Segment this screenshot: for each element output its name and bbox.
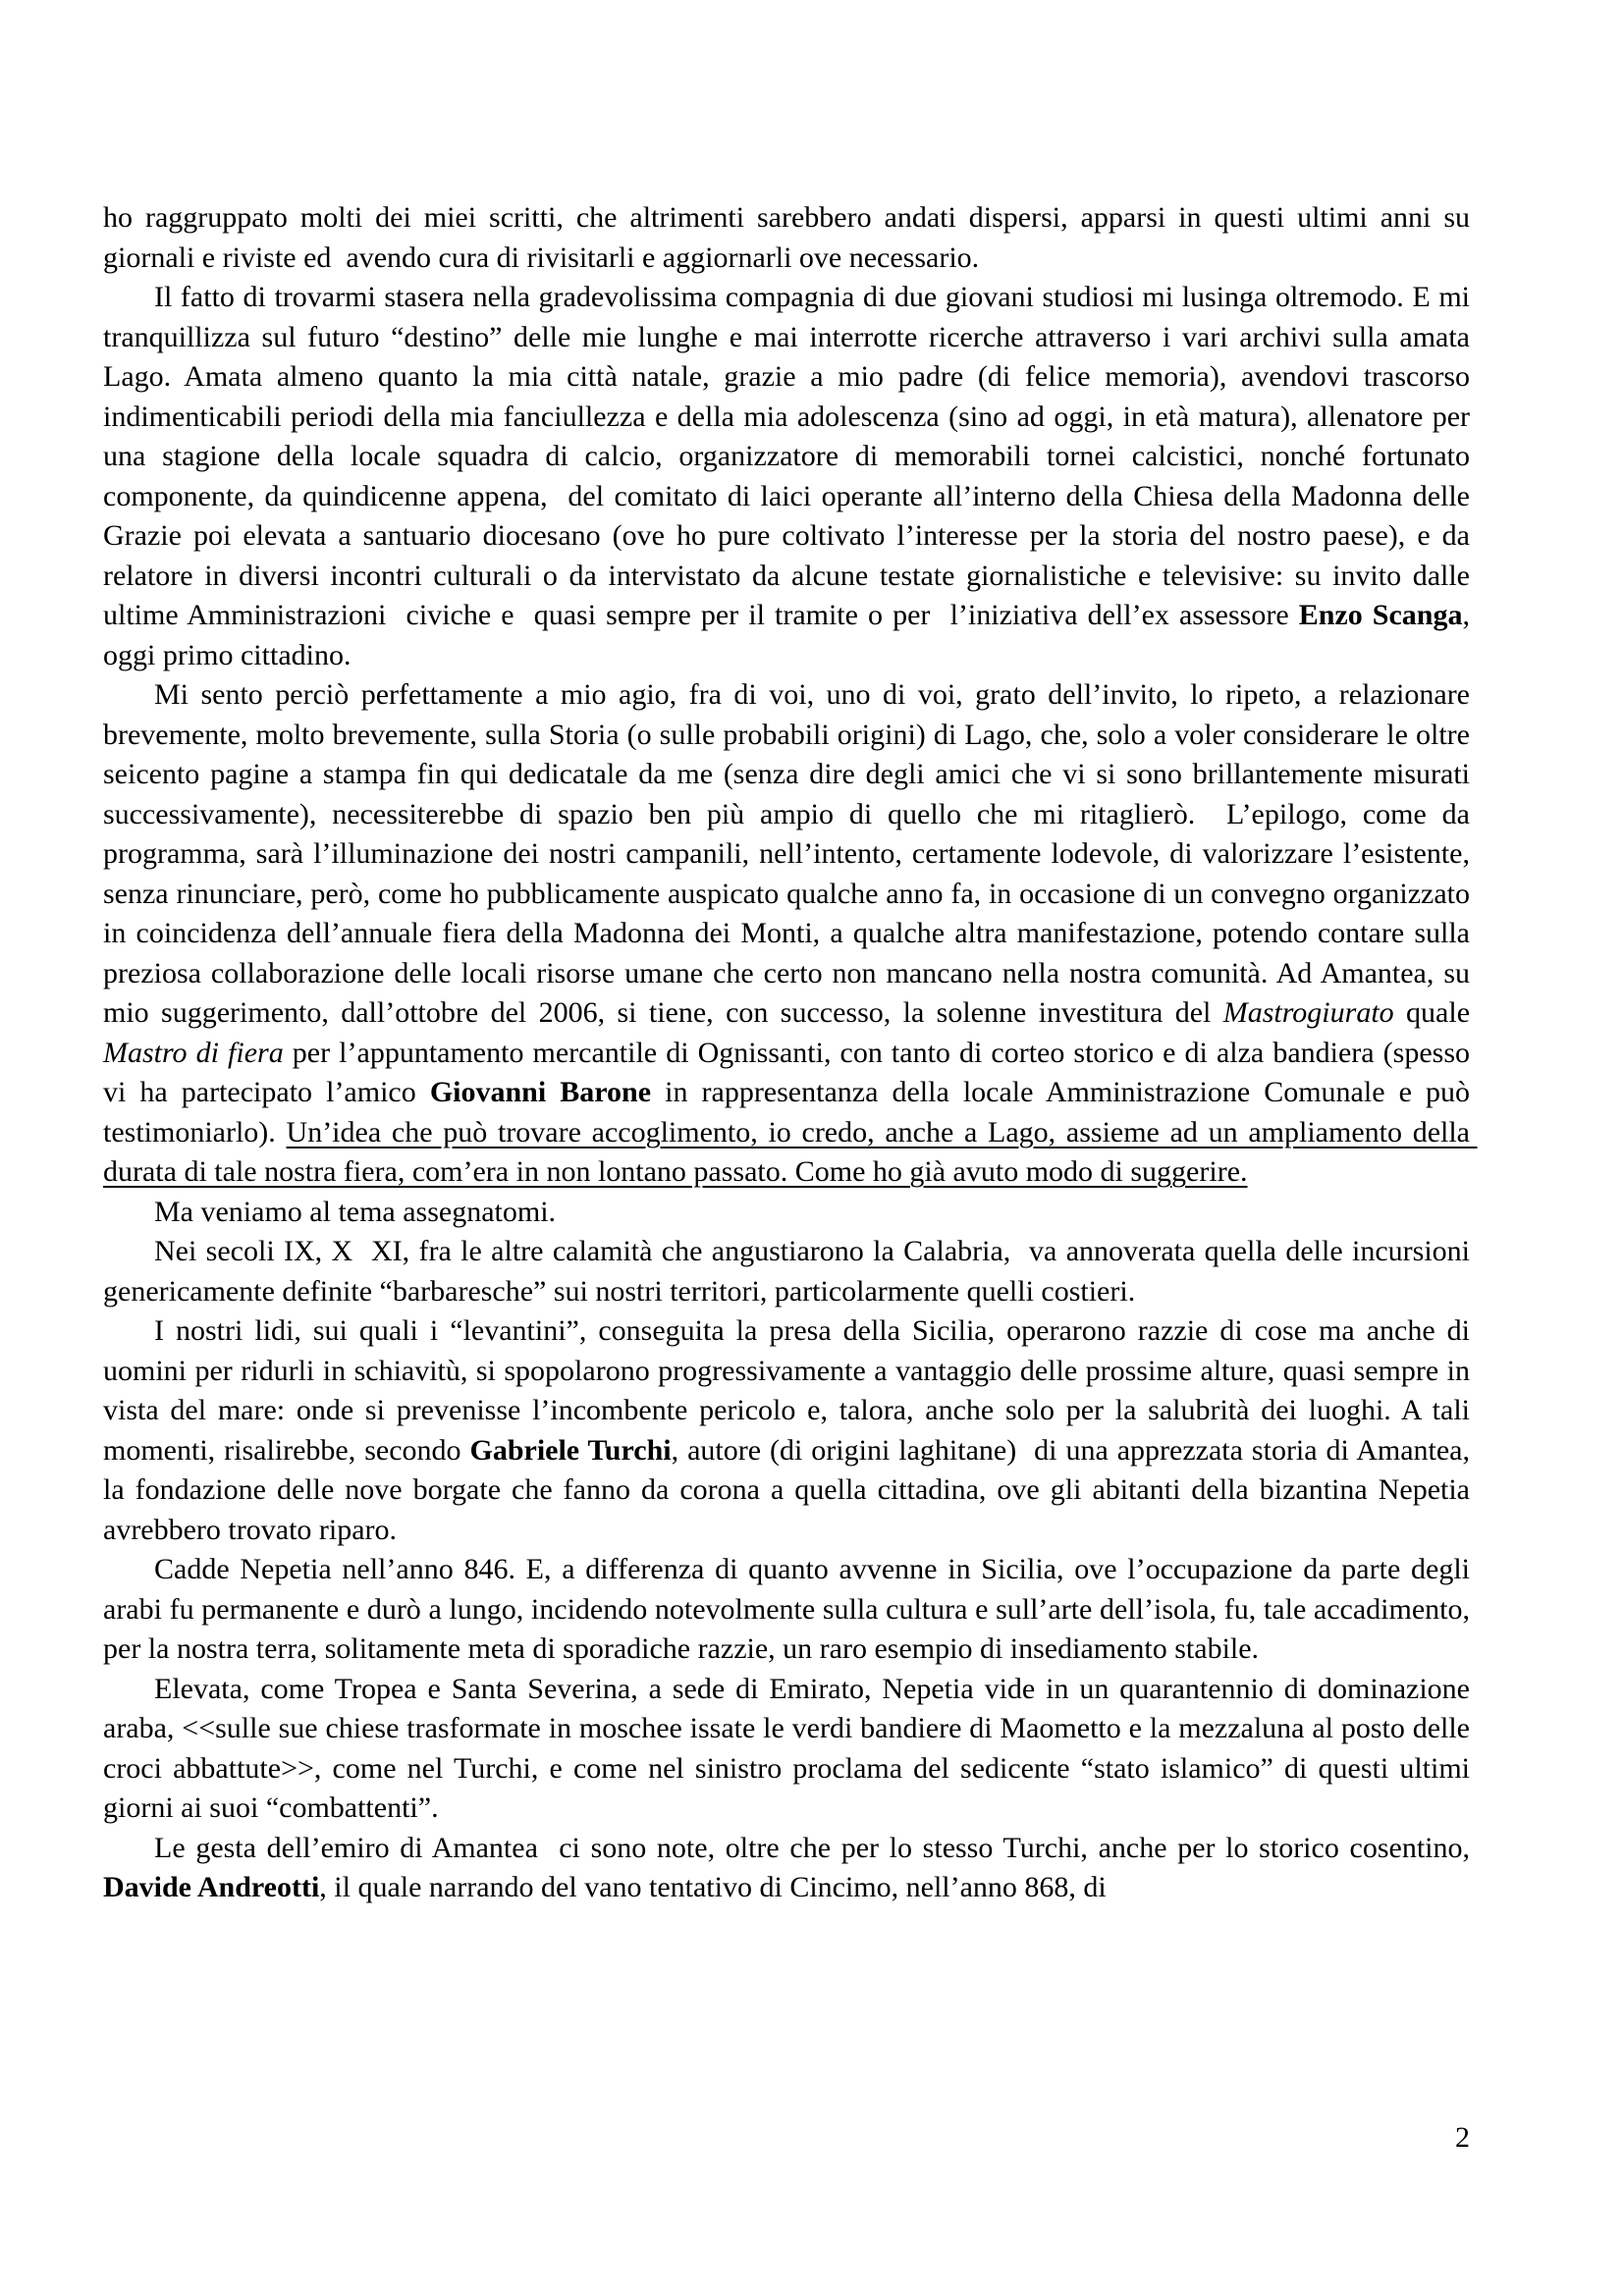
- text-run: , il quale narrando del vano tentativo d…: [319, 1871, 1106, 1903]
- paragraph: Ma veniamo al tema assegnatomi.: [103, 1193, 1470, 1233]
- text-run: Mi sento perciò perfettamente a mio agio…: [103, 678, 1478, 1029]
- paragraph: Elevata, come Tropea e Santa Severina, a…: [103, 1670, 1470, 1829]
- text-run: Ma veniamo al tema assegnatomi.: [154, 1196, 556, 1228]
- bold-text-run: Enzo Scanga: [1299, 599, 1463, 631]
- paragraph: Le gesta dell’emiro di Amantea ci sono n…: [103, 1829, 1470, 1908]
- text-run: Elevata, come Tropea e Santa Severina, a…: [103, 1673, 1478, 1825]
- text-run: ho raggruppato molti dei miei scritti, c…: [103, 201, 1478, 274]
- paragraph: Il fatto di trovarmi stasera nella grade…: [103, 278, 1470, 675]
- text-run: quale: [1394, 996, 1478, 1029]
- document-page: ho raggruppato molti dei miei scritti, c…: [0, 0, 1624, 2296]
- text-run: Nei secoli IX, X XI, fra le altre calami…: [103, 1235, 1478, 1308]
- italic-text-run: Mastro di fiera: [103, 1037, 284, 1069]
- paragraph: ho raggruppato molti dei miei scritti, c…: [103, 198, 1470, 278]
- underline-text-run: Un’idea che può trovare accoglimento, io…: [103, 1116, 1478, 1189]
- text-run: Le gesta dell’emiro di Amantea ci sono n…: [154, 1832, 1478, 1864]
- paragraph: Mi sento perciò perfettamente a mio agio…: [103, 675, 1470, 1193]
- text-run: Il fatto di trovarmi stasera nella grade…: [103, 281, 1478, 631]
- page-number: 2: [103, 2118, 1470, 2158]
- italic-text-run: Mastrogiurato: [1223, 996, 1394, 1029]
- bold-text-run: Giovanni Barone: [430, 1076, 651, 1108]
- document-body: ho raggruppato molti dei miei scritti, c…: [103, 198, 1470, 1908]
- paragraph: Cadde Nepetia nell’anno 846. E, a differ…: [103, 1550, 1470, 1670]
- bold-text-run: Davide Andreotti: [103, 1871, 319, 1903]
- bold-text-run: Gabriele Turchi: [469, 1434, 671, 1467]
- paragraph: I nostri lidi, sui quali i “levantini”, …: [103, 1311, 1470, 1550]
- paragraph: Nei secoli IX, X XI, fra le altre calami…: [103, 1232, 1470, 1311]
- text-run: Cadde Nepetia nell’anno 846. E, a differ…: [103, 1553, 1478, 1665]
